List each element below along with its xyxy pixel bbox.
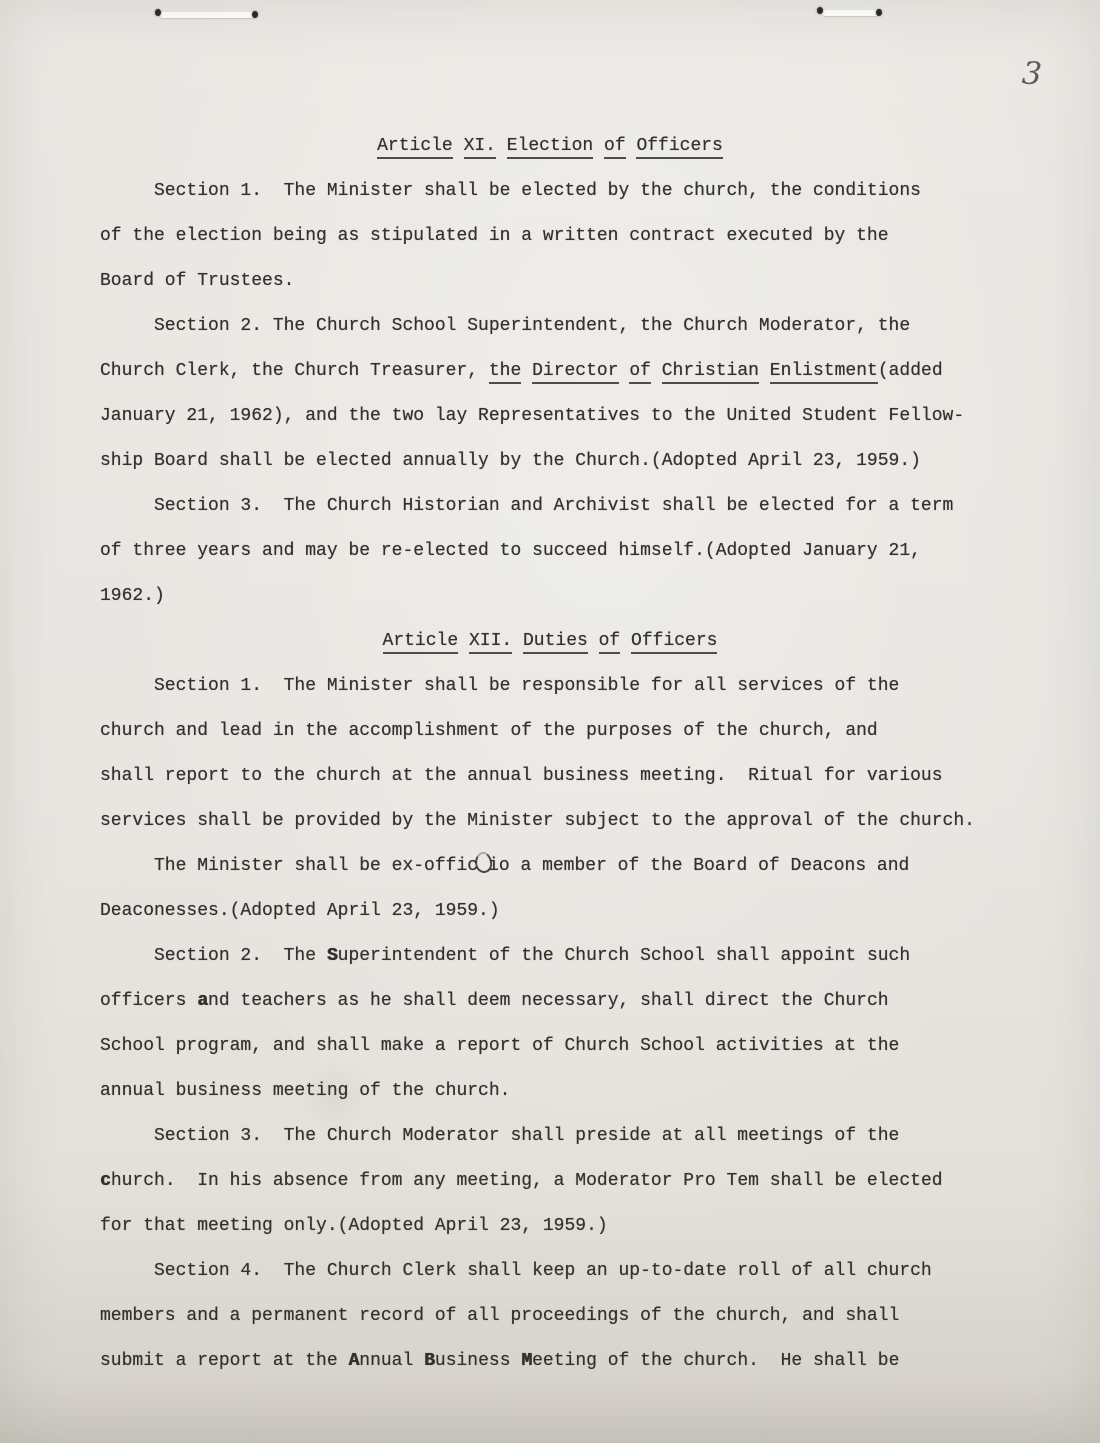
- text-line: services shall be provided by the Minist…: [100, 799, 1000, 844]
- overstruck-letter: c: [100, 1171, 111, 1191]
- text-line: Section 1. The Minister shall be elected…: [100, 169, 1000, 214]
- underlined-word: of: [599, 631, 621, 654]
- text-line: officers and teachers as he shall deem n…: [100, 979, 1000, 1024]
- underlined-word: the: [489, 361, 521, 384]
- typewritten-text: Article XI. Election of Officers Section…: [100, 124, 1000, 1384]
- underlined-word: XII.: [469, 631, 512, 654]
- text-line: Church Clerk, the Church Treasurer, the …: [100, 349, 1000, 394]
- text-line: church and lead in the accomplishment of…: [100, 709, 1000, 754]
- underlined-word: Enlistment: [770, 361, 878, 384]
- underlined-word: Director: [532, 361, 618, 384]
- underlined-word: Article: [377, 136, 453, 159]
- staple-groove: [160, 12, 255, 18]
- text-line: January 21, 1962), and the two lay Repre…: [100, 394, 1000, 439]
- underlined-word: of: [604, 136, 626, 159]
- text-line: Section 1. The Minister shall be respons…: [100, 664, 1000, 709]
- text-line: submit a report at the Annual Business M…: [100, 1339, 1000, 1384]
- underlined-word: Christian: [662, 361, 759, 384]
- text-line: ship Board shall be elected annually by …: [100, 439, 1000, 484]
- text-line: Section 3. The Church Historian and Arch…: [100, 484, 1000, 529]
- underlined-word: XI.: [464, 136, 496, 159]
- staple-groove: [822, 10, 878, 16]
- staple-mark: [155, 9, 161, 16]
- text-line: Section 2. The Superintendent of the Chu…: [100, 934, 1000, 979]
- staple-mark: [817, 7, 823, 14]
- overstruck-letter: A: [348, 1351, 359, 1371]
- article-heading: Article XII. Duties of Officers: [100, 619, 1000, 664]
- text-line: for that meeting only.(Adopted April 23,…: [100, 1204, 1000, 1249]
- overstruck-letter: B: [424, 1351, 435, 1371]
- underlined-word: Officers: [636, 136, 722, 159]
- text-line: Section 4. The Church Clerk shall keep a…: [100, 1249, 1000, 1294]
- text-line: Board of Trustees.: [100, 259, 1000, 304]
- text-line: Section 2. The Church School Superintend…: [100, 304, 1000, 349]
- staple-mark: [252, 11, 258, 18]
- text-line: shall report to the church at the annual…: [100, 754, 1000, 799]
- overstruck-letter: M: [521, 1351, 532, 1371]
- text-line: of three years and may be re-elected to …: [100, 529, 1000, 574]
- underlined-word: Article: [383, 631, 459, 654]
- overstruck-letter: S: [327, 946, 338, 966]
- text-line: 1962.): [100, 574, 1000, 619]
- text-line: church. In his absence from any meeting,…: [100, 1159, 1000, 1204]
- underlined-word: Duties: [523, 631, 588, 654]
- text-line: of the election being as stipulated in a…: [100, 214, 1000, 259]
- underlined-word: Officers: [631, 631, 717, 654]
- text-line: annual business meeting of the church.: [100, 1069, 1000, 1114]
- underlined-word: of: [629, 361, 651, 384]
- underlined-word: Election: [507, 136, 593, 159]
- text-line: School program, and shall make a report …: [100, 1024, 1000, 1069]
- page-number: 3: [1021, 55, 1043, 92]
- staple-mark: [876, 9, 882, 16]
- text-line: The Minister shall be ex-officio a membe…: [100, 844, 1000, 889]
- text-line: Section 3. The Church Moderator shall pr…: [100, 1114, 1000, 1159]
- article-heading: Article XI. Election of Officers: [100, 124, 1000, 169]
- text-line: members and a permanent record of all pr…: [100, 1294, 1000, 1339]
- text-line: Deaconesses.(Adopted April 23, 1959.): [100, 889, 1000, 934]
- overstruck-letter: a: [197, 991, 208, 1011]
- scanned-document-page: 3 Article XI. Election of Officers Secti…: [0, 0, 1100, 1443]
